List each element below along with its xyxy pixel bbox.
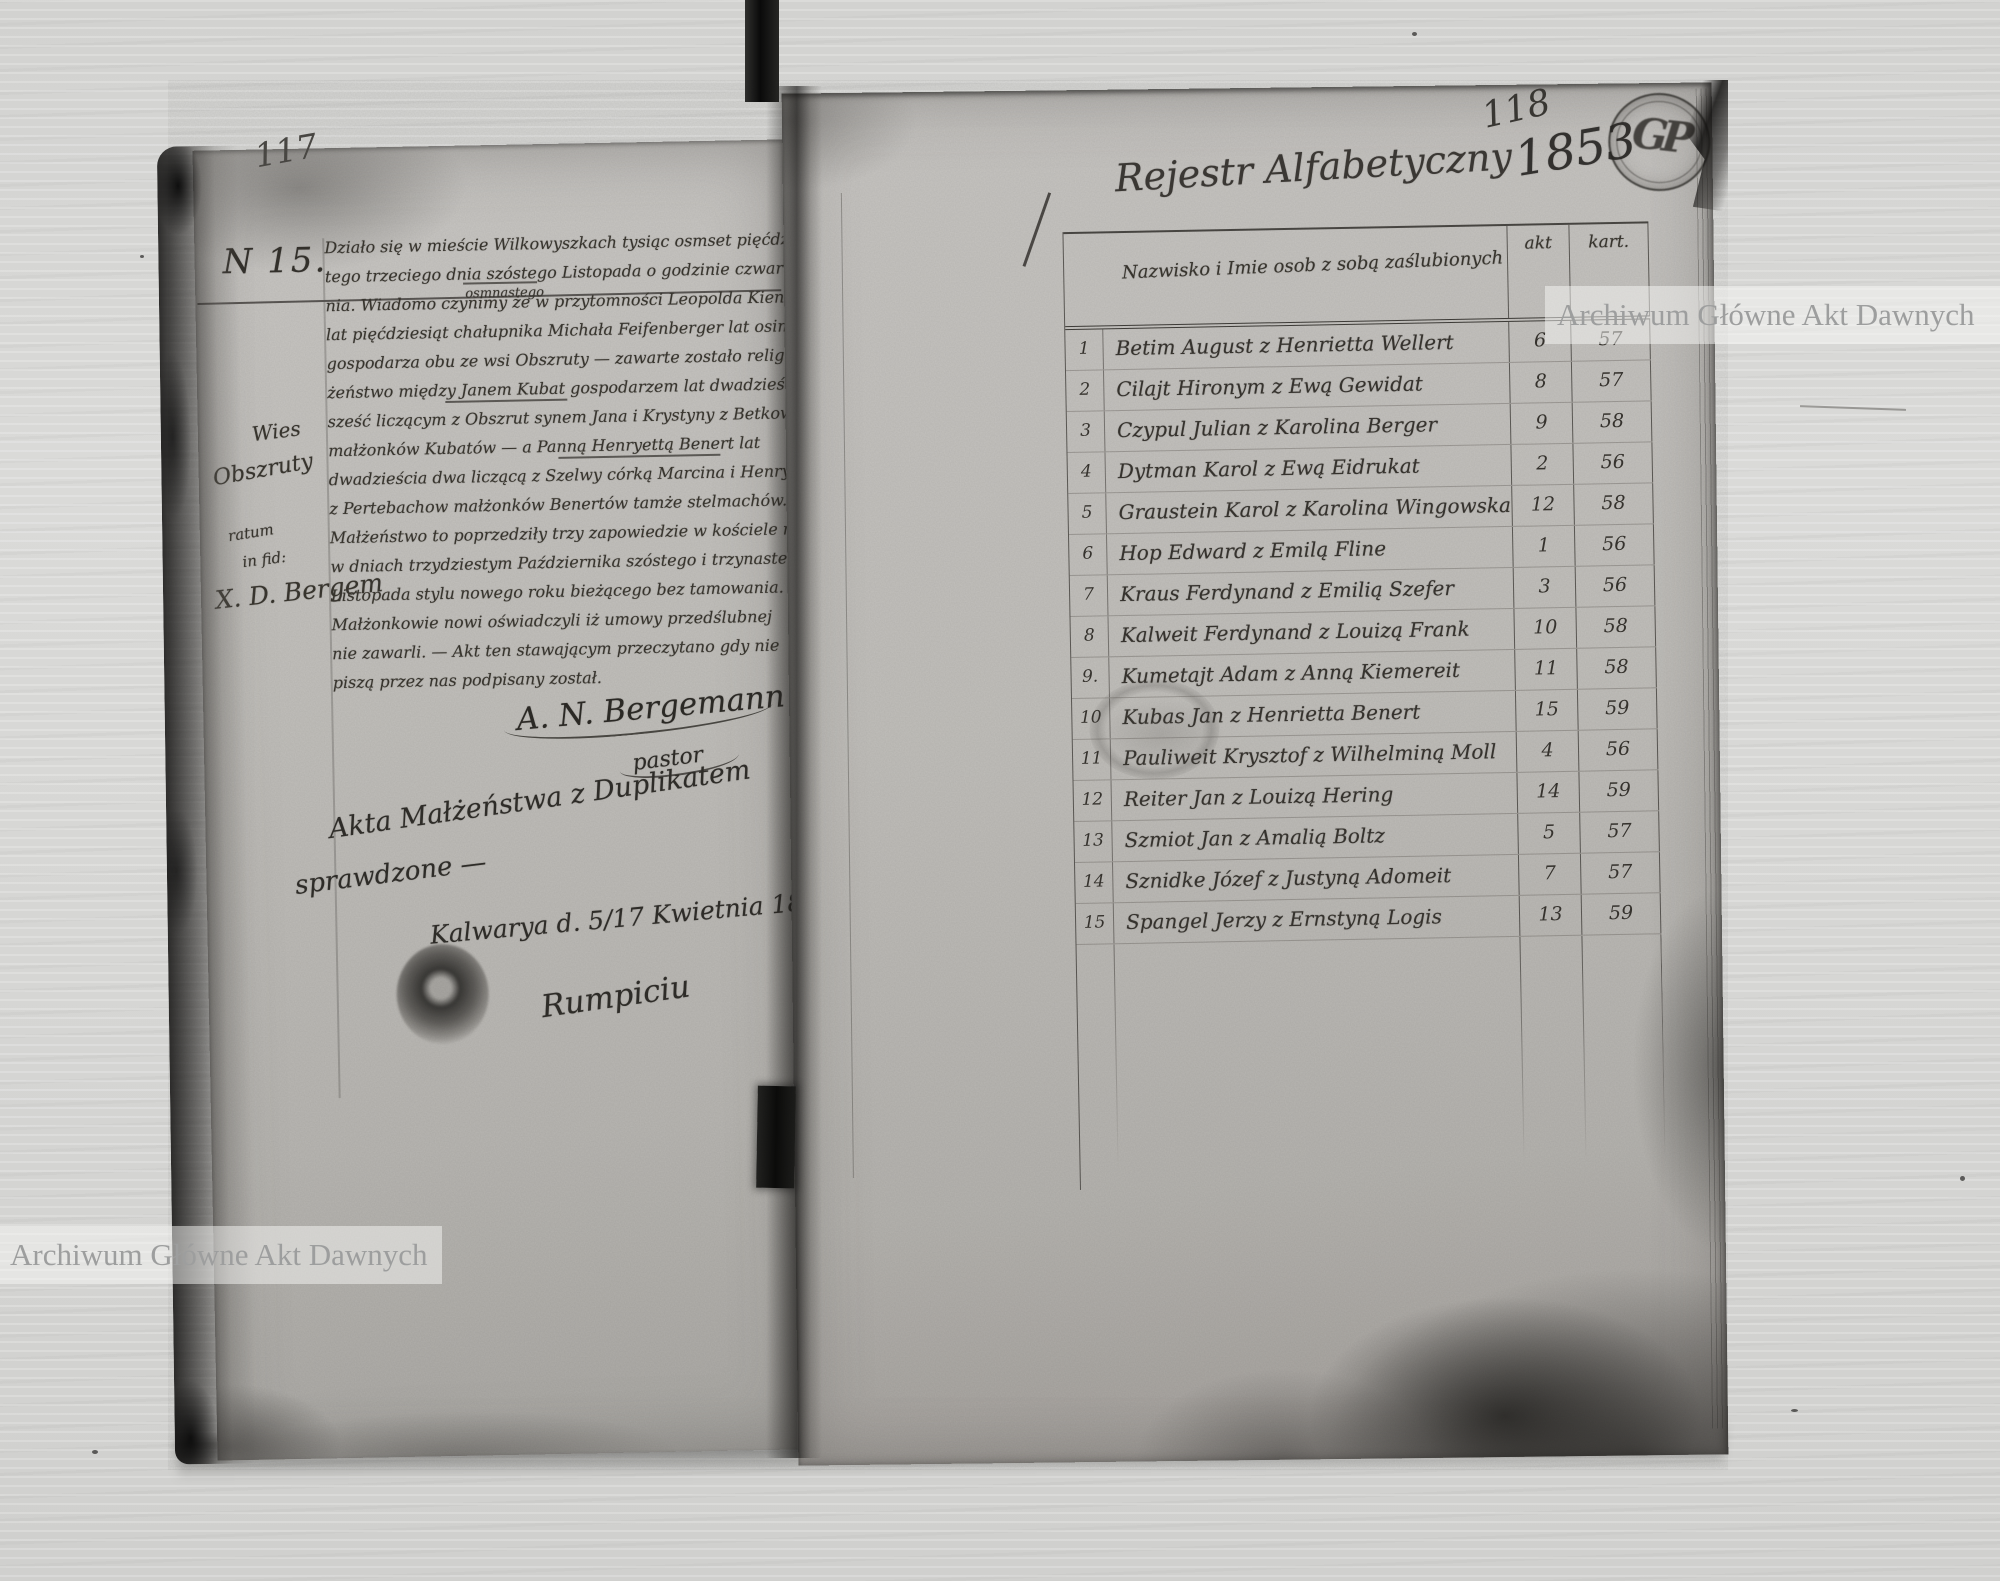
row-akt-number: 14 bbox=[1516, 772, 1579, 813]
row-couple-names: Dytman Karol z Ewą Eidrukat bbox=[1105, 445, 1511, 492]
row-couple-names: Czypul Julian z Karolina Berger bbox=[1105, 404, 1511, 451]
row-couple-names: Kraus Ferdynand z Emilią Szefer bbox=[1108, 568, 1514, 615]
row-akt-number: 8 bbox=[1509, 362, 1572, 403]
row-akt-number: 13 bbox=[1519, 895, 1582, 936]
row-number: 9. bbox=[1071, 657, 1110, 698]
bookmark-ribbon-bottom bbox=[756, 1086, 796, 1189]
row-akt-number: 10 bbox=[1513, 608, 1576, 649]
row-kart-number: 57 bbox=[1580, 852, 1661, 893]
row-akt-number: 3 bbox=[1513, 567, 1576, 608]
row-kart-number: 56 bbox=[1572, 442, 1653, 483]
row-kart-number: 57 bbox=[1579, 811, 1660, 852]
bookmark-ribbon-top bbox=[745, 0, 779, 102]
row-number: 1 bbox=[1065, 329, 1104, 370]
row-kart-number: 57 bbox=[1571, 360, 1652, 401]
act-body-text: osmnastego Działo się w mieście Wilkowys… bbox=[324, 225, 788, 698]
archive-watermark-top-right: Archiwum Główne Akt Dawnych bbox=[1545, 286, 2000, 344]
row-number: 2 bbox=[1066, 370, 1105, 411]
margin-note-line: in fid: bbox=[241, 548, 287, 571]
scanner-scratch bbox=[1800, 405, 1906, 411]
row-akt-number: 11 bbox=[1514, 649, 1577, 690]
row-couple-names: Cilajt Hironym z Ewą Gewidat bbox=[1104, 363, 1510, 410]
dust-speck bbox=[140, 255, 144, 258]
row-number: 15 bbox=[1076, 903, 1115, 944]
row-couple-names: Spangel Jerzy z Ernstyną Logis bbox=[1114, 896, 1520, 943]
row-number: 6 bbox=[1069, 534, 1108, 575]
row-kart-number: 58 bbox=[1572, 401, 1653, 442]
row-couple-names: Sznidke Józef z Justyną Adomeit bbox=[1113, 855, 1519, 902]
book-gutter-shadow bbox=[766, 86, 822, 1458]
empty-ruled-rows bbox=[1077, 934, 1666, 1190]
row-number: 8 bbox=[1070, 616, 1109, 657]
row-akt-number: 5 bbox=[1517, 813, 1580, 854]
row-couple-names: Reiter Jan z Louizą Hering bbox=[1111, 773, 1517, 820]
row-kart-number: 56 bbox=[1578, 729, 1659, 770]
row-kart-number: 59 bbox=[1581, 893, 1662, 934]
row-number: 13 bbox=[1074, 821, 1113, 862]
row-akt-number: 7 bbox=[1518, 854, 1581, 895]
row-number: 4 bbox=[1067, 452, 1106, 493]
register-table-rows: 1 Betim August z Henrietta Wellert 6 57 … bbox=[1065, 319, 1661, 945]
certification-line: sprawdzone — bbox=[293, 847, 488, 901]
interline-correction: osmnastego bbox=[465, 285, 544, 302]
certification-line: Akta Małżeństwa z Duplikatem bbox=[327, 754, 752, 845]
row-kart-number: 59 bbox=[1577, 688, 1658, 729]
archive-watermark-bottom-left: Archiwum Główne Akt Dawnych bbox=[0, 1226, 442, 1284]
row-kart-number: 58 bbox=[1575, 606, 1656, 647]
gutter-margin-rule bbox=[841, 193, 854, 1178]
corner-pen-stroke bbox=[1023, 192, 1052, 267]
row-couple-names: Szmiot Jan z Amalią Boltz bbox=[1112, 814, 1518, 861]
row-akt-number: 12 bbox=[1511, 485, 1574, 526]
row-number: 14 bbox=[1075, 862, 1114, 903]
page-number-left: 117 bbox=[252, 126, 321, 175]
dust-speck bbox=[92, 1450, 98, 1454]
dust-speck bbox=[1412, 32, 1417, 36]
certification-line: Rumpiciu bbox=[539, 968, 692, 1025]
row-number: 7 bbox=[1070, 575, 1109, 616]
row-couple-names: Graustein Karol z Karolina Wingowska bbox=[1106, 486, 1512, 533]
scanned-register-spread: 117 N 15. WiesObszrutyratumin fid:X. D. … bbox=[0, 0, 2000, 1581]
column-header-names: Nazwisko i Imie osob z sobą zaślubionych bbox=[1063, 221, 1509, 330]
row-kart-number: 58 bbox=[1573, 483, 1654, 524]
register-title: Rejestr Alfabetyczny bbox=[1114, 134, 1513, 200]
row-akt-number: 1 bbox=[1512, 526, 1575, 567]
row-kart-number: 59 bbox=[1578, 770, 1659, 811]
row-kart-number: 56 bbox=[1574, 524, 1655, 565]
row-akt-number: 9 bbox=[1510, 403, 1573, 444]
row-kart-number: 56 bbox=[1575, 565, 1656, 606]
row-akt-number: 2 bbox=[1510, 444, 1573, 485]
row-number: 12 bbox=[1074, 780, 1113, 821]
row-number: 3 bbox=[1067, 411, 1106, 452]
row-couple-names: Kalweit Ferdynand z Louizą Frank bbox=[1108, 609, 1514, 656]
row-couple-names: Betim August z Henrietta Wellert bbox=[1103, 322, 1509, 369]
row-kart-number: 58 bbox=[1576, 647, 1657, 688]
dust-speck bbox=[1960, 1176, 1965, 1181]
row-akt-number: 4 bbox=[1516, 731, 1579, 772]
margin-note-line: Wies bbox=[251, 416, 302, 446]
row-akt-number: 15 bbox=[1515, 690, 1578, 731]
row-number: 5 bbox=[1068, 493, 1107, 534]
dust-speck bbox=[1791, 1409, 1798, 1412]
row-couple-names: Hop Edward z Emilą Fline bbox=[1107, 527, 1513, 574]
